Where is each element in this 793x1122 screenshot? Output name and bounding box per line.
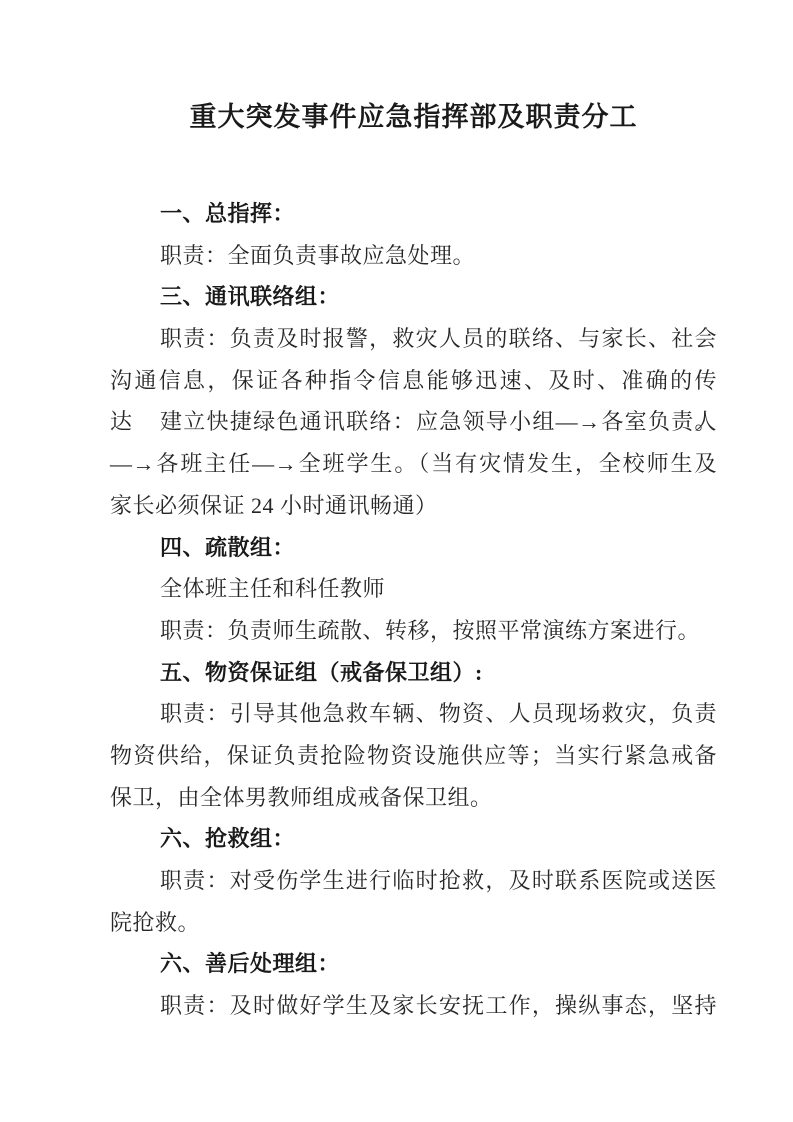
document-body: 一、总指挥：职责：全面负责事故应急处理。三、通讯联络组：职责：负责及时报警，救灾…: [0, 136, 793, 1027]
document-line: 全体班主任和科任教师: [110, 568, 717, 610]
document-line: 职责：引导其他急救车辆、物资、人员现场救灾，负责: [110, 693, 717, 735]
document-page: 重大突发事件应急指挥部及职责分工 一、总指挥：职责：全面负责事故应急处理。三、通…: [0, 0, 793, 1122]
document-line: 职责：负责师生疏散、转移，按照平常演练方案进行。: [110, 610, 717, 652]
document-line: 院抢救。: [110, 902, 717, 944]
document-line: —→各班主任—→全班学生。（当有灾情发生，全校师生及: [110, 443, 717, 485]
section-heading-line: 三、通讯联络组：: [110, 276, 717, 318]
section-heading-line: 五、物资保证组（戒备保卫组）:: [110, 652, 717, 694]
section-heading-line: 四、疏散组：: [110, 527, 717, 569]
section-heading-line: 六、抢救组：: [110, 818, 717, 860]
document-line: 建立快捷绿色通讯联络：应急领导小组—→各室负责人: [110, 401, 717, 443]
section-heading-line: 一、总指挥：: [110, 193, 717, 235]
section-heading-line: 六、善后处理组：: [110, 943, 717, 985]
document-line: 家长必须保证 24 小时通讯畅通）: [110, 485, 717, 527]
document-line: 职责：全面负责事故应急处理。: [110, 235, 717, 277]
document-line: 职责：对受伤学生进行临时抢救，及时联系医院或送医: [110, 860, 717, 902]
document-line: 保卫，由全体男教师组成戒备保卫组。: [110, 777, 717, 819]
document-line: 职责：及时做好学生及家长安抚工作，操纵事态，坚持: [110, 985, 717, 1027]
document-line: 职责：负责及时报警，救灾人员的联络、与家长、社会: [110, 318, 717, 360]
document-line: 沟通信息，保证各种指令信息能够迅速、及时、准确的传达。: [110, 360, 717, 402]
document-title: 重大突发事件应急指挥部及职责分工: [0, 0, 793, 136]
document-line: 物资供给，保证负责抢险物资设施供应等；当实行紧急戒备: [110, 735, 717, 777]
